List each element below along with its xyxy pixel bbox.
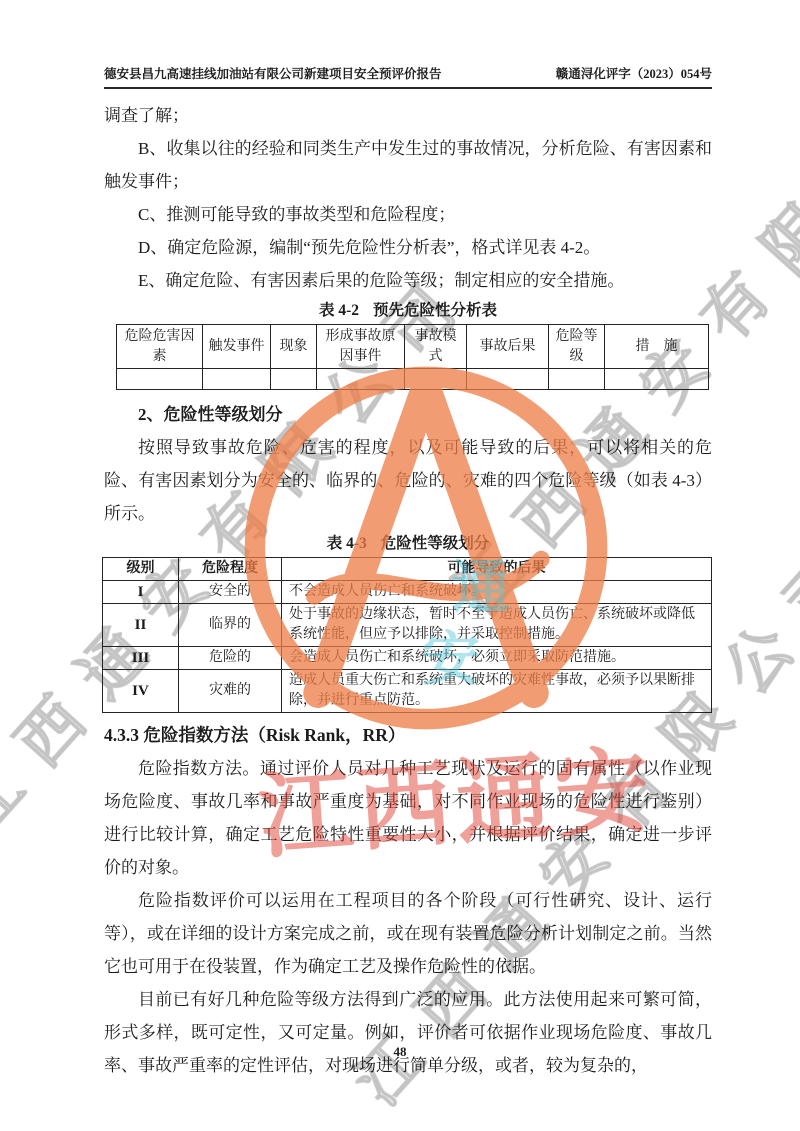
table-4-3-caption: 表 4-3危险性等级划分: [104, 534, 712, 553]
table-4-2-caption: 表 4-2预先危险性分析表: [104, 301, 712, 320]
body-paragraph: C、推测可能导致的事故类型和危险程度；: [104, 198, 712, 231]
level-cell: I: [103, 581, 179, 604]
empty-cell: [317, 369, 405, 390]
table-row: III 危险的 会造成人员伤亡和系统破坏，必须立即采取防范措施。: [103, 647, 712, 670]
document-page: 江西通安有限公司 江西通安有限公司 江西通安有限公司 德安县昌九高速挂线加油站有…: [0, 0, 800, 1131]
body-paragraph: B、收集以往的经验和同类生产中发生过的事故情况，分析危险、有害因素和触发事件；: [104, 132, 712, 198]
page-number: 48: [0, 1044, 800, 1060]
table-row: I 安全的 不会造成人员伤亡和系统破坏。: [103, 581, 712, 604]
level-cell: III: [103, 647, 179, 670]
level-cell: II: [103, 604, 179, 647]
body-paragraph: D、确定危险源，编制“预先危险性分析表”，格式详见表 4-2。: [104, 231, 712, 264]
body-paragraph: 调查了解；: [104, 99, 712, 132]
empty-cell: [467, 369, 549, 390]
column-header: 事故后果: [467, 325, 549, 369]
table-caption-title: 危险性等级划分: [381, 535, 490, 552]
degree-cell: 临界的: [179, 604, 282, 647]
column-header: 危险程度: [179, 558, 282, 581]
empty-cell: [549, 369, 605, 390]
column-header: 可能导致的后果: [282, 558, 712, 581]
column-header: 事故模式: [405, 325, 467, 369]
header-doc-number: 赣通浔化评字（2023）054号: [556, 64, 712, 82]
column-header: 现象: [271, 325, 317, 369]
column-header: 触发事件: [203, 325, 271, 369]
empty-cell: [271, 369, 317, 390]
column-header: 形成事故原因事件: [317, 325, 405, 369]
body-paragraph: E、确定危险、有害因素后果的危险等级；制定相应的安全措施。: [104, 264, 712, 297]
column-header: 危险等级: [549, 325, 605, 369]
empty-cell: [117, 369, 203, 390]
body-paragraph: 目前已有好几种危险等级方法得到广泛的应用。此方法使用起来可繁可简，形式多样，既可…: [104, 983, 712, 1082]
table-caption-label: 表 4-3: [327, 535, 367, 552]
table-header-row: 危险危害因素 触发事件 现象 形成事故原因事件 事故模式 事故后果 危险等级 措…: [117, 325, 709, 369]
table-empty-row: [117, 369, 709, 390]
page-header: 德安县昌九高速挂线加油站有限公司新建项目安全预评价报告 赣通浔化评字（2023）…: [104, 64, 712, 89]
degree-cell: 灾难的: [179, 670, 282, 713]
section-heading: 2、危险性等级划分: [104, 398, 712, 431]
level-cell: IV: [103, 670, 179, 713]
header-report-title: 德安县昌九高速挂线加油站有限公司新建项目安全预评价报告: [104, 64, 442, 82]
consequence-cell: 造成人员重大伤亡和系统重大破坏的灾难性事故，必须予以果断排除，并进行重点防范。: [282, 670, 712, 713]
column-header: 级别: [103, 558, 179, 581]
empty-cell: [605, 369, 709, 390]
column-header: 措 施: [605, 325, 709, 369]
page-content: 德安县昌九高速挂线加油站有限公司新建项目安全预评价报告 赣通浔化评字（2023）…: [104, 64, 712, 1082]
body-paragraph: 危险指数方法。通过评价人员对几种工艺现状及运行的固有属性（以作业现场危险度、事故…: [104, 752, 712, 884]
empty-cell: [405, 369, 467, 390]
body-paragraph: 危险指数评价可以运用在工程项目的各个阶段（可行性研究、设计、运行等），或在详细的…: [104, 884, 712, 983]
table-header-row: 级别 危险程度 可能导致的后果: [103, 558, 712, 581]
table-row: II 临界的 处于事故的边缘状态，暂时不至于造成人员伤亡、系统破坏或降低系统性能…: [103, 604, 712, 647]
empty-cell: [203, 369, 271, 390]
table-caption-title: 预先危险性分析表: [373, 302, 497, 319]
degree-cell: 安全的: [179, 581, 282, 604]
table-4-2: 危险危害因素 触发事件 现象 形成事故原因事件 事故模式 事故后果 危险等级 措…: [116, 324, 709, 390]
consequence-cell: 处于事故的边缘状态，暂时不至于造成人员伤亡、系统破坏或降低系统性能，但应予以排除…: [282, 604, 712, 647]
consequence-cell: 不会造成人员伤亡和系统破坏。: [282, 581, 712, 604]
table-row: IV 灾难的 造成人员重大伤亡和系统重大破坏的灾难性事故，必须予以果断排除，并进…: [103, 670, 712, 713]
table-caption-label: 表 4-2: [319, 302, 359, 319]
degree-cell: 危险的: [179, 647, 282, 670]
consequence-cell: 会造成人员伤亡和系统破坏，必须立即采取防范措施。: [282, 647, 712, 670]
body-paragraph: 按照导致事故危险、危害的程度，以及可能导致的后果，可以将相关的危险、有害因素划分…: [104, 431, 712, 530]
section-heading: 4.3.3 危险指数方法（Risk Rank，RR）: [104, 719, 712, 752]
column-header: 危险危害因素: [117, 325, 203, 369]
table-4-3: 级别 危险程度 可能导致的后果 I 安全的 不会造成人员伤亡和系统破坏。 II …: [102, 557, 712, 713]
